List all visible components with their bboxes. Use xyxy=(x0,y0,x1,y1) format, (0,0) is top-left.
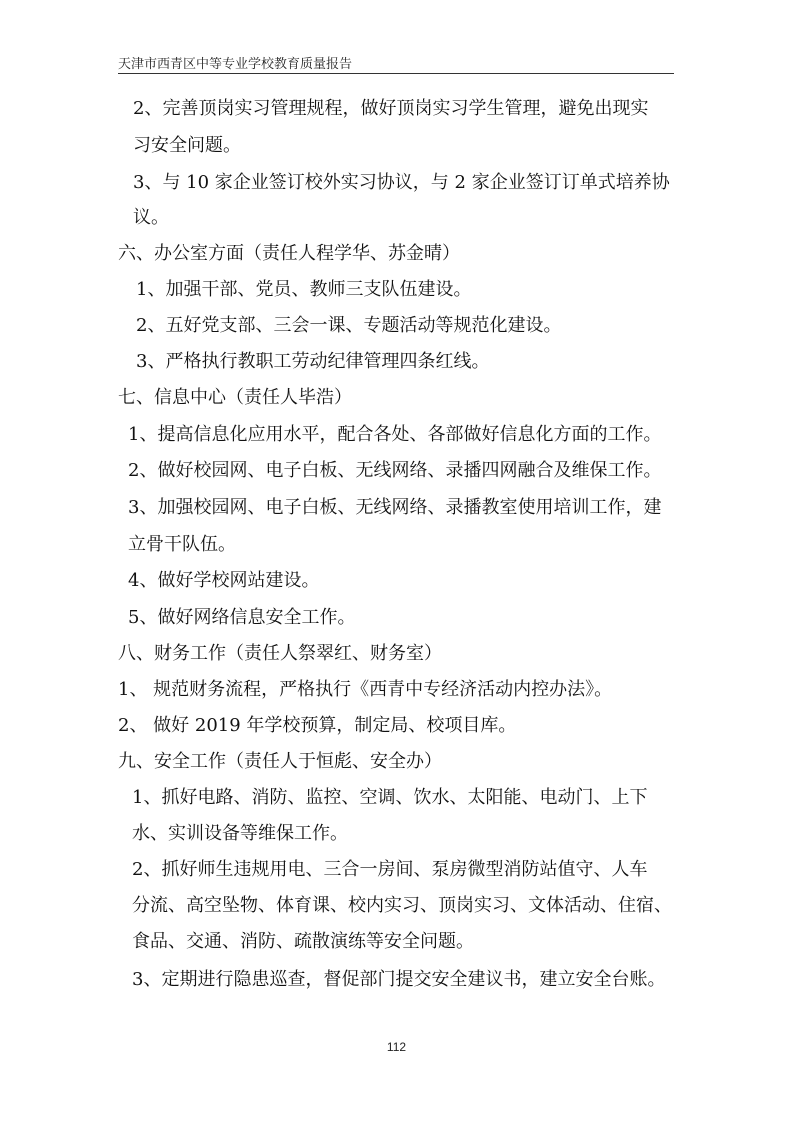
text-line: 水、实训设备等维保工作。 xyxy=(132,823,348,845)
text-line: 六、办公室方面（责任人程学华、苏金晴） xyxy=(118,243,460,265)
text-line: 5、做好网络信息安全工作。 xyxy=(128,607,355,629)
text-line: 习安全问题。 xyxy=(133,135,241,157)
text-line: 2、完善顶岗实习管理规程，做好顶岗实习学生管理，避免出现实 xyxy=(133,98,648,120)
text-line: 食品、交通、消防、疏散演练等安全问题。 xyxy=(132,931,474,953)
text-line: 3、严格执行教职工劳动纪律管理四条红线。 xyxy=(136,351,489,373)
text-line: 3、与 10 家企业签订校外实习协议，与 2 家企业签订订单式培养协 xyxy=(133,172,670,194)
header-title: 天津市西青区中等专业学校教育质量报告 xyxy=(118,53,352,72)
text-line: 2、做好校园网、电子白板、无线网络、录播四网融合及维保工作。 xyxy=(128,460,661,482)
text-line: 2、 做好 2019 年学校预算，制定局、校项目库。 xyxy=(118,715,516,737)
text-line: 3、定期进行隐患巡查，督促部门提交安全建议书，建立安全台账。 xyxy=(132,969,665,991)
header-divider xyxy=(118,73,674,74)
text-line: 九、安全工作（责任人于恒彪、安全办） xyxy=(118,751,442,773)
text-line: 七、信息中心（责任人毕浩） xyxy=(118,387,352,409)
text-line: 2、抓好师生违规用电、三合一房间、泵房微型消防站值守、人车 xyxy=(132,859,647,881)
text-line: 分流、高空坠物、体育课、校内实习、顶岗实习、文体活动、住宿、 xyxy=(132,895,672,917)
page-number: 112 xyxy=(0,1040,793,1054)
text-line: 4、做好学校网站建设。 xyxy=(128,570,319,592)
text-line: 立骨干队伍。 xyxy=(128,534,236,556)
text-line: 议。 xyxy=(133,207,169,229)
text-line: 3、加强校园网、电子白板、无线网络、录播教室使用培训工作，建 xyxy=(128,497,661,519)
text-line: 八、财务工作（责任人祭翠红、财务室） xyxy=(118,643,442,665)
text-line: 2、五好党支部、三会一课、专题活动等规范化建设。 xyxy=(136,315,561,337)
text-line: 1、加强干部、党员、教师三支队伍建设。 xyxy=(136,279,471,301)
text-line: 1、 规范财务流程，严格执行《西青中专经济活动内控办法》。 xyxy=(118,679,612,701)
text-line: 1、提高信息化应用水平，配合各处、各部做好信息化方面的工作。 xyxy=(128,424,661,446)
text-line: 1、抓好电路、消防、监控、空调、饮水、太阳能、电动门、上下 xyxy=(132,787,647,809)
